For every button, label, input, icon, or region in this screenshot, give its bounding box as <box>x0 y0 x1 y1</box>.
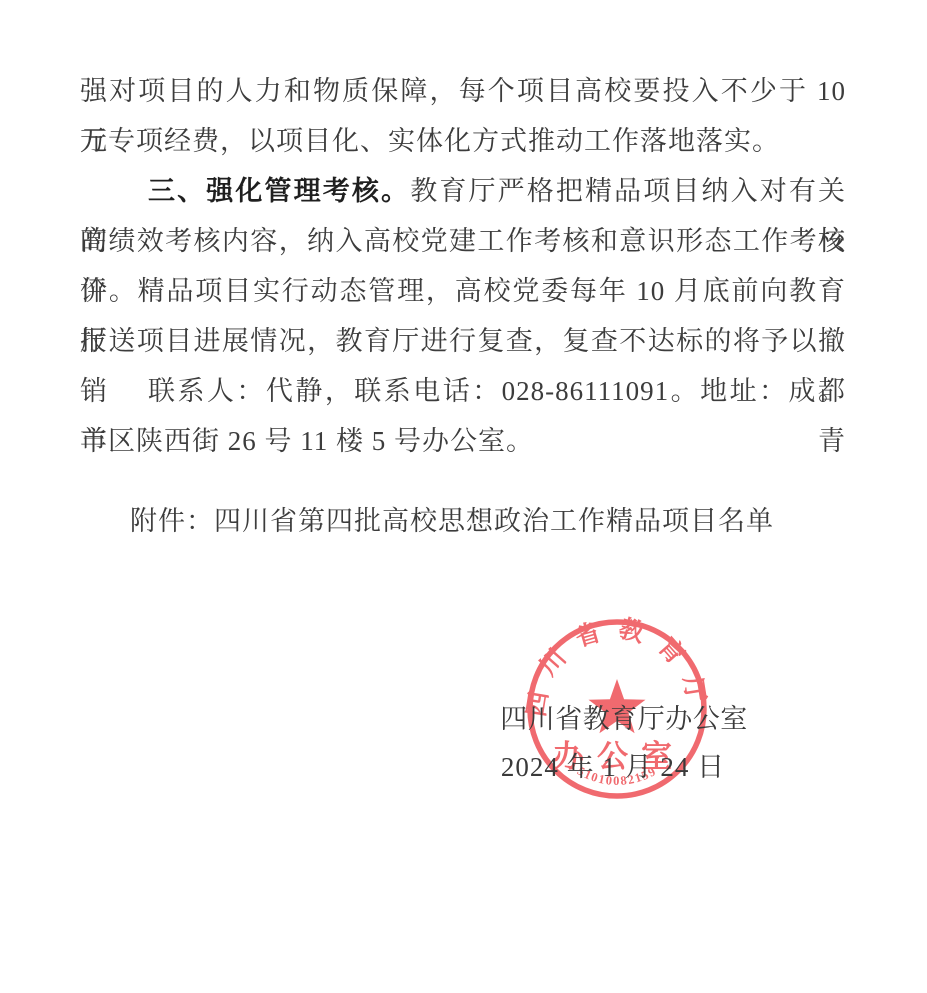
body-line: 三、强化管理考核。教育厅严格把精品项目纳入对有关高校 <box>80 166 846 216</box>
body-line: 价。精品项目实行动态管理，高校党委每年 10 月底前向教育厅 <box>80 266 846 316</box>
body-line: 元专项经费，以项目化、实体化方式推动工作落地落实。 <box>80 116 846 166</box>
document-page: 强对项目的人力和物质保障，每个项目高校要投入不少于 10 万 元专项经费，以项目… <box>0 0 927 993</box>
body-line: 强对项目的人力和物质保障，每个项目高校要投入不少于 10 万 <box>80 66 846 116</box>
body-line: 羊区陕西街 26 号 11 楼 5 号办公室。 <box>80 416 846 466</box>
body-line: 的绩效考核内容，纳入高校党建工作考核和意识形态工作考核评 <box>80 216 846 266</box>
body-line: 报送项目进展情况，教育厅进行复查，复查不达标的将予以撤销。 <box>80 316 846 366</box>
signature-org: 四川省教育厅办公室 <box>500 702 748 736</box>
section-heading: 三、强化管理考核。 <box>148 176 410 206</box>
body-line: 联系人：代静，联系电话：028-86111091。地址：成都市青 <box>80 366 846 416</box>
attachment-line: 附件：四川省第四批高校思想政治工作精品项目名单 <box>80 496 846 546</box>
signature-date: 2024 年 1 月 24 日 <box>498 750 728 784</box>
